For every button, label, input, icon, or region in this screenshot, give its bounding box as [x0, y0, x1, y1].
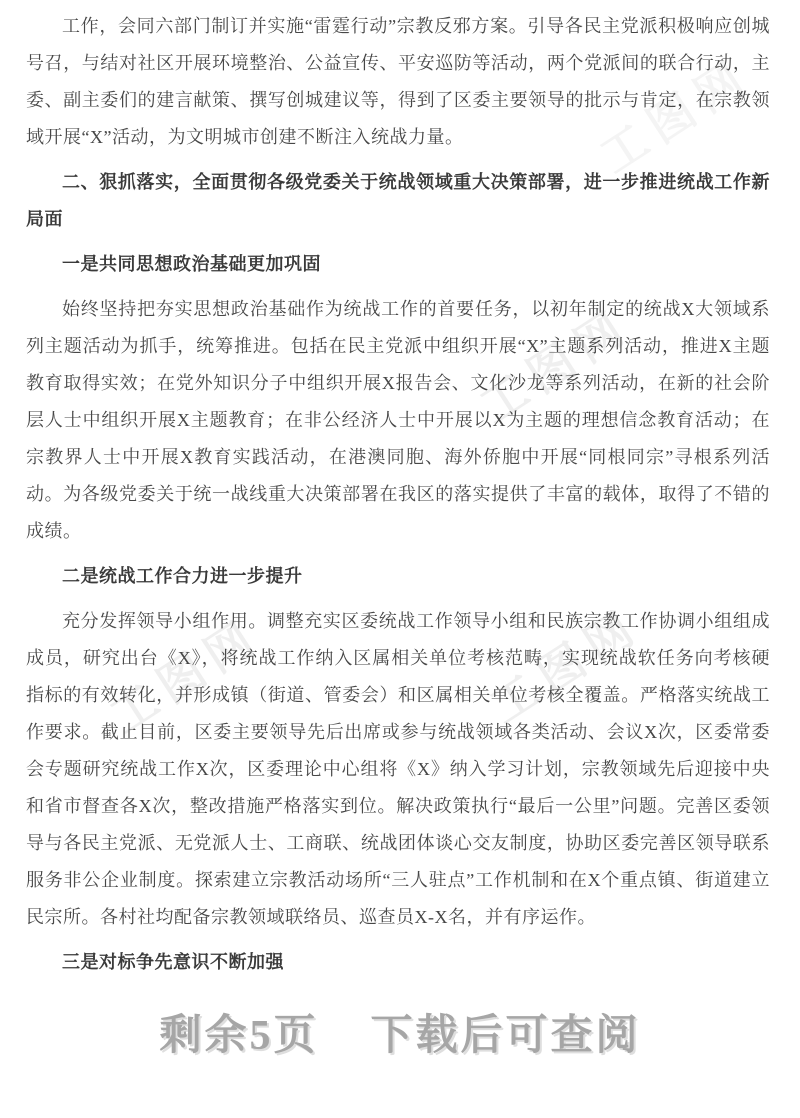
document-page: 工图网 工图网 工图网 工图网 工作，会同六部门制订并实施“雷霆行动”宗教反邪方…: [0, 0, 800, 1118]
sub-heading-three: 三是对标争先意识不断加强: [26, 944, 770, 981]
document-body: 工作，会同六部门制订并实施“雷霆行动”宗教反邪方案。引导各民主党派积极响应创城号…: [0, 8, 800, 981]
body-paragraph-ideology: 始终坚持把夯实思想政治基础作为统战工作的首要任务，以初年制定的统战X大领域系列主…: [26, 291, 770, 550]
paragraph-continuation: 工作，会同六部门制订并实施“雷霆行动”宗教反邪方案。引导各民主党派积极响应创城号…: [26, 8, 770, 156]
body-paragraph-leading-group: 充分发挥领导小组作用。调整充实区委统战工作领导小组和民族宗教工作协调小组组成成员…: [26, 603, 770, 936]
remaining-pages-label: 剩余5页: [159, 1013, 318, 1059]
sub-heading-two: 二是统战工作合力进一步提升: [26, 558, 770, 595]
section-heading: 二、狠抓落实，全面贯彻各级党委关于统战领域重大决策部署，进一步推进统战工作新局面: [26, 164, 770, 238]
remaining-pages-banner: 剩余5页下载后可查阅: [0, 1006, 800, 1066]
download-hint-label: 下载后可查阅: [371, 1013, 641, 1059]
sub-heading-one: 一是共同思想政治基础更加巩固: [26, 246, 770, 283]
